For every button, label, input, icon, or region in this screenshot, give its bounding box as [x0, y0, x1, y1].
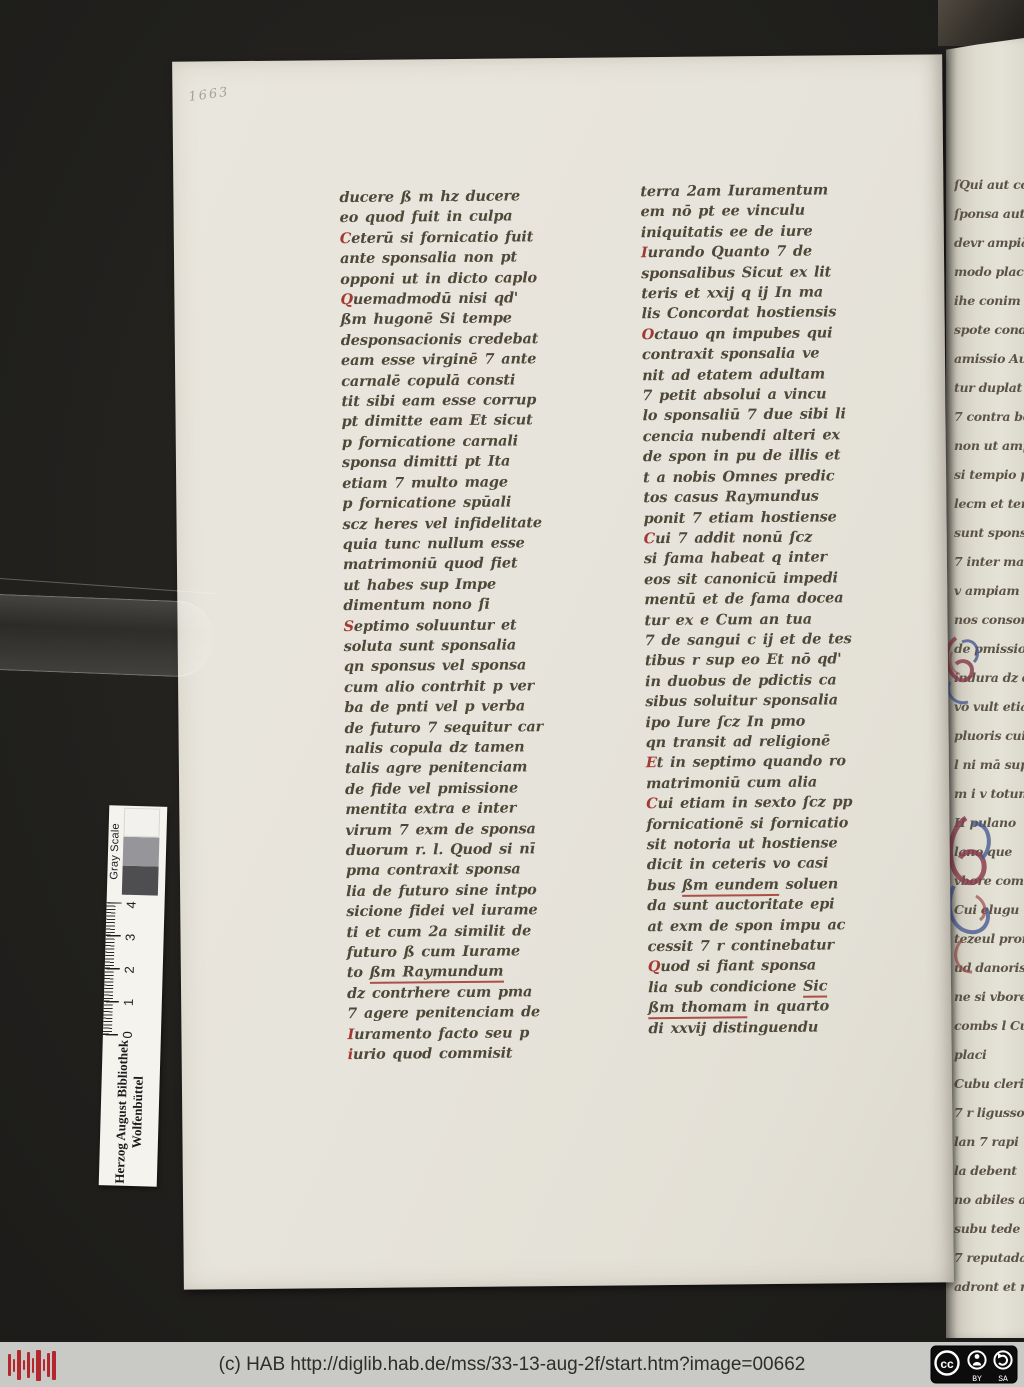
manuscript-line: pt dimitte eam Et sicut [341, 410, 617, 433]
manuscript-line: bus ßm eundem soluen [647, 873, 927, 896]
manuscript-line: Ceterū si fornicatio fuit [340, 226, 616, 249]
text-line: spote condir [954, 315, 1024, 344]
manuscript-line: sit notoria ut hostiense [647, 833, 927, 856]
text-line: ne si vbore ob [954, 982, 1024, 1011]
manuscript-line: iniquitatis ee de iure [641, 220, 921, 243]
pencil-foliation-mark: 1663 [188, 85, 231, 105]
manuscript-line: Iurando Quanto 7 de [641, 241, 921, 264]
manuscript-line: carnalē copulā consti [341, 369, 617, 392]
text-line: ſponsa aut [954, 199, 1024, 228]
manuscript-line: nit ad etatem adultam [642, 363, 922, 386]
library-name-line2: Wolfenbüttel [129, 1076, 147, 1149]
manuscript-line: dz contrhere cum pma [347, 981, 623, 1004]
manuscript-line: lia de futuro sine intpo [346, 879, 622, 902]
manuscript-line: sicione fidei vel iurame [346, 900, 622, 923]
manuscript-line: da sunt auctoritate epi [647, 894, 927, 917]
manuscript-line: teris et xxij q ij In ma [641, 282, 921, 305]
text-line: devr ampiā [954, 228, 1024, 257]
svg-text:BY: BY [972, 1375, 982, 1384]
manuscript-line: terra 2am Iuramentum [640, 180, 920, 203]
text-line: si tempio pso [954, 460, 1024, 489]
manuscript-line: tos casus Raymundus [643, 486, 923, 509]
manuscript-line: p fornicatione spūali [342, 492, 618, 515]
manuscript-line: etiam 7 multo mage [342, 471, 618, 494]
manuscript-line: di xxvij distinguendu [648, 1016, 928, 1039]
manuscript-line: matrimoniū cum alia [646, 771, 926, 794]
svg-text:cc: cc [940, 1357, 954, 1371]
manuscript-line: in duobus de pdictis ca [645, 669, 925, 692]
gray-patch-dark [122, 866, 159, 896]
footer-bar: (c) HAB http://diglib.hab.de/mss/33-13-a… [0, 1342, 1024, 1387]
manuscript-line: de spon in pu de illis et [643, 445, 923, 468]
text-line: m i v totum [954, 779, 1024, 808]
text-line: l ni mā sup n [954, 750, 1024, 779]
manuscript-line: Iuramento facto seu p [347, 1022, 623, 1045]
manuscript-line: Et in septimo quando ro [646, 751, 926, 774]
manuscript-line: scz heres vel infidelitate [342, 512, 618, 535]
gray-patch-white [123, 808, 160, 838]
manuscript-line: 7 petit absolui a vincu [642, 384, 922, 407]
copyright-text: (c) HAB http://diglib.hab.de/mss/33-13-a… [219, 1354, 806, 1376]
ruler-number: 4 [123, 900, 138, 910]
library-label: Herzog August Bibliothek Wolfenbüttel 01… [99, 805, 168, 1186]
manuscript-line: Cui etiam in sexto ſcz pp [646, 792, 926, 815]
manuscript-line: sibus soluitur sponsalia [645, 690, 925, 713]
manuscript-line: duorum r. l. Quod si nī [346, 838, 622, 861]
ruler-number: 3 [122, 932, 137, 942]
manuscript-line: sponsalibus Sicut ex lit [641, 261, 921, 284]
manuscript-line: ipo Iure ſcz In pmo [645, 710, 925, 733]
manuscript-line: 7 de sangui c ij et de tes [645, 628, 925, 651]
ruler-major-ticks [103, 902, 122, 1035]
text-line: 7 contra boni [954, 402, 1024, 431]
manuscript-line: qn transit ad religionē [646, 730, 926, 753]
manuscript-line: dicit in ceteris vo casi [647, 853, 927, 876]
manuscript-line: talis agre penitenciam [345, 757, 621, 780]
manuscript-line: mentita extra e inter [345, 798, 621, 821]
gray-scale-chart: Gray Scale [107, 805, 168, 899]
manuscript-line: qn sponsus vel sponsa [344, 655, 620, 678]
text-line: lan 7 rapi [954, 1127, 1024, 1156]
text-line: pluoris cui T [954, 721, 1024, 750]
text-line: tur duplat M [954, 373, 1024, 402]
manuscript-line: nalis copula dz tamen [345, 736, 621, 759]
manuscript-line: Septimo soluuntur et [343, 614, 619, 637]
text-line: lecm et tene [954, 489, 1024, 518]
manuscript-line: dimentum nono ſi [343, 594, 619, 617]
text-line: Cubu cleri [954, 1069, 1024, 1098]
manuscript-line: Cui 7 addit nonū ſcz [644, 526, 924, 549]
text-line: combs l Cuius [954, 1011, 1024, 1040]
text-line: la debent [954, 1156, 1024, 1185]
hab-logo-icon [8, 1347, 56, 1383]
manuscript-line: virum 7 exm de sponsa [345, 818, 621, 841]
ruler-number: 1 [121, 997, 136, 1007]
manuscript-line: desponsacionis credebat [341, 328, 617, 351]
manuscript-line: eo quod fuit in culpa [340, 206, 616, 229]
manuscript-line: pma contraxit sponsa [346, 859, 622, 882]
manuscript-line: ut habes sup Impe [343, 573, 619, 596]
cm-ruler: 01234 [103, 897, 165, 1037]
manuscript-column-left: ducere ß m hz ducereeo quod fuit in culp… [339, 185, 623, 1065]
gray-scale-label: Gray Scale [108, 823, 122, 880]
text-line: modo placet [954, 257, 1024, 286]
manuscript-line: lis Concordat hostiensis [641, 302, 921, 325]
manuscript-line: tibus r sup eo Et nō qd' [645, 649, 925, 672]
manuscript-line: Quemadmodū nisi qd' [340, 288, 616, 311]
manuscript-line: quia tunc nullum esse [343, 532, 619, 555]
manuscript-column-right: terra 2am Iuramentumem nō pt ee vincului… [640, 180, 928, 1040]
manuscript-line: cessit 7 r continebatur [648, 935, 928, 958]
manuscript-page: 1663 ducere ß m hz ducereeo quod fuit in… [172, 54, 954, 1289]
manuscript-line: lia sub condicione Sic [648, 975, 928, 998]
gray-patch-mid [123, 837, 160, 867]
manuscript-line: at exm de spon impu ac [647, 914, 927, 937]
manuscript-line: iurio quod commisit [348, 1042, 624, 1065]
manuscript-line: t a nobis Omnes predic [643, 465, 923, 488]
text-line: no abiles amit [954, 1185, 1024, 1214]
text-line: sunt sponsalia [954, 518, 1024, 547]
manuscript-line: Octauo qn impubes qui [642, 322, 922, 345]
manuscript-line: ducere ß m hz ducere [339, 185, 615, 208]
ruler-number: 2 [122, 965, 137, 975]
text-line: adront et rp [954, 1272, 1024, 1301]
manuscript-scan-photo: ſQui aut coſponsa autdevr ampiāmodo plac… [0, 0, 1024, 1387]
manuscript-line: futuro ß cum Iurame [347, 940, 623, 963]
manuscript-line: cum alio contrhit p ver [344, 675, 620, 698]
manuscript-line: eam esse virginē 7 ante [341, 349, 617, 372]
manuscript-line: contraxit sponsalia ve [642, 343, 922, 366]
text-line: ſQui aut co [954, 170, 1024, 199]
manuscript-line: lo sponsaliū 7 due sibi li [642, 404, 922, 427]
text-line: 7 reputada [954, 1243, 1024, 1272]
cc-by-sa-badge: cc BY SA [930, 1345, 1018, 1387]
manuscript-line: matrimoniū quod fiet [343, 553, 619, 576]
manuscript-line: ti et cum 2a similit de [346, 920, 622, 943]
manuscript-line: si fama habeat q inter [644, 547, 924, 570]
manuscript-line: sponsa dimitti pt Ita [342, 451, 618, 474]
manuscript-line: ante sponsalia non pt [340, 247, 616, 270]
manuscript-line: cencia nubendi alteri ex [643, 424, 923, 447]
manuscript-line: mentū et de fama docea [644, 588, 924, 611]
manuscript-line: de fide vel pmissione [345, 777, 621, 800]
text-line: nos consonab [954, 605, 1024, 634]
facing-page-edge: ſQui aut coſponsa autdevr ampiāmodo plac… [946, 38, 1024, 1338]
manuscript-line: fornicationē si fornicatio [646, 812, 926, 835]
text-line: v ampiam te [954, 576, 1024, 605]
manuscript-line: ba de pnti vel p verba [344, 696, 620, 719]
manuscript-line: em nō pt ee vinculu [640, 200, 920, 223]
library-name: Herzog August Bibliothek Wolfenbüttel [99, 1037, 161, 1187]
text-line: ihe conim E [954, 286, 1024, 315]
svg-text:SA: SA [998, 1375, 1008, 1384]
manuscript-line: tit sibi eam esse corrup [341, 390, 617, 413]
film-strip-holder [0, 594, 215, 678]
manuscript-line: Quod si fiant sponsa [648, 955, 928, 978]
text-line: 7 r ligusso [954, 1098, 1024, 1127]
manuscript-line: soluta sunt sponsalia [344, 634, 620, 657]
manuscript-line: to ßm Raymundum [347, 961, 623, 984]
manuscript-line: ponit 7 etiam hostiense [643, 506, 923, 529]
manuscript-line: eos sit canonicū impedi [644, 567, 924, 590]
decorated-initial [942, 632, 988, 715]
facing-page-text: ſQui aut coſponsa autdevr ampiāmodo plac… [954, 170, 1024, 1301]
manuscript-line: ßm hugonē Si tempe [341, 308, 617, 331]
text-line: amissio Aut e [954, 344, 1024, 373]
text-line: 7 inter matri [954, 547, 1024, 576]
text-line: subu tede [954, 1214, 1024, 1243]
text-line: placi [954, 1040, 1024, 1069]
ruler-number: 0 [120, 1030, 135, 1040]
text-line: non ut ampli [954, 431, 1024, 460]
manuscript-line: p fornicatione carnali [342, 430, 618, 453]
manuscript-line: 7 agere penitenciam de [347, 1002, 623, 1025]
manuscript-line: opponi ut in dicto caplo [340, 267, 616, 290]
manuscript-line: ßm thomam in quarto [648, 996, 928, 1019]
book-edge-shade [938, 0, 1024, 46]
manuscript-line: tur ex e Cum an tua [644, 608, 924, 631]
manuscript-line: de futuro 7 sequitur car [344, 716, 620, 739]
ruler-numbers: 01234 [120, 900, 139, 1040]
